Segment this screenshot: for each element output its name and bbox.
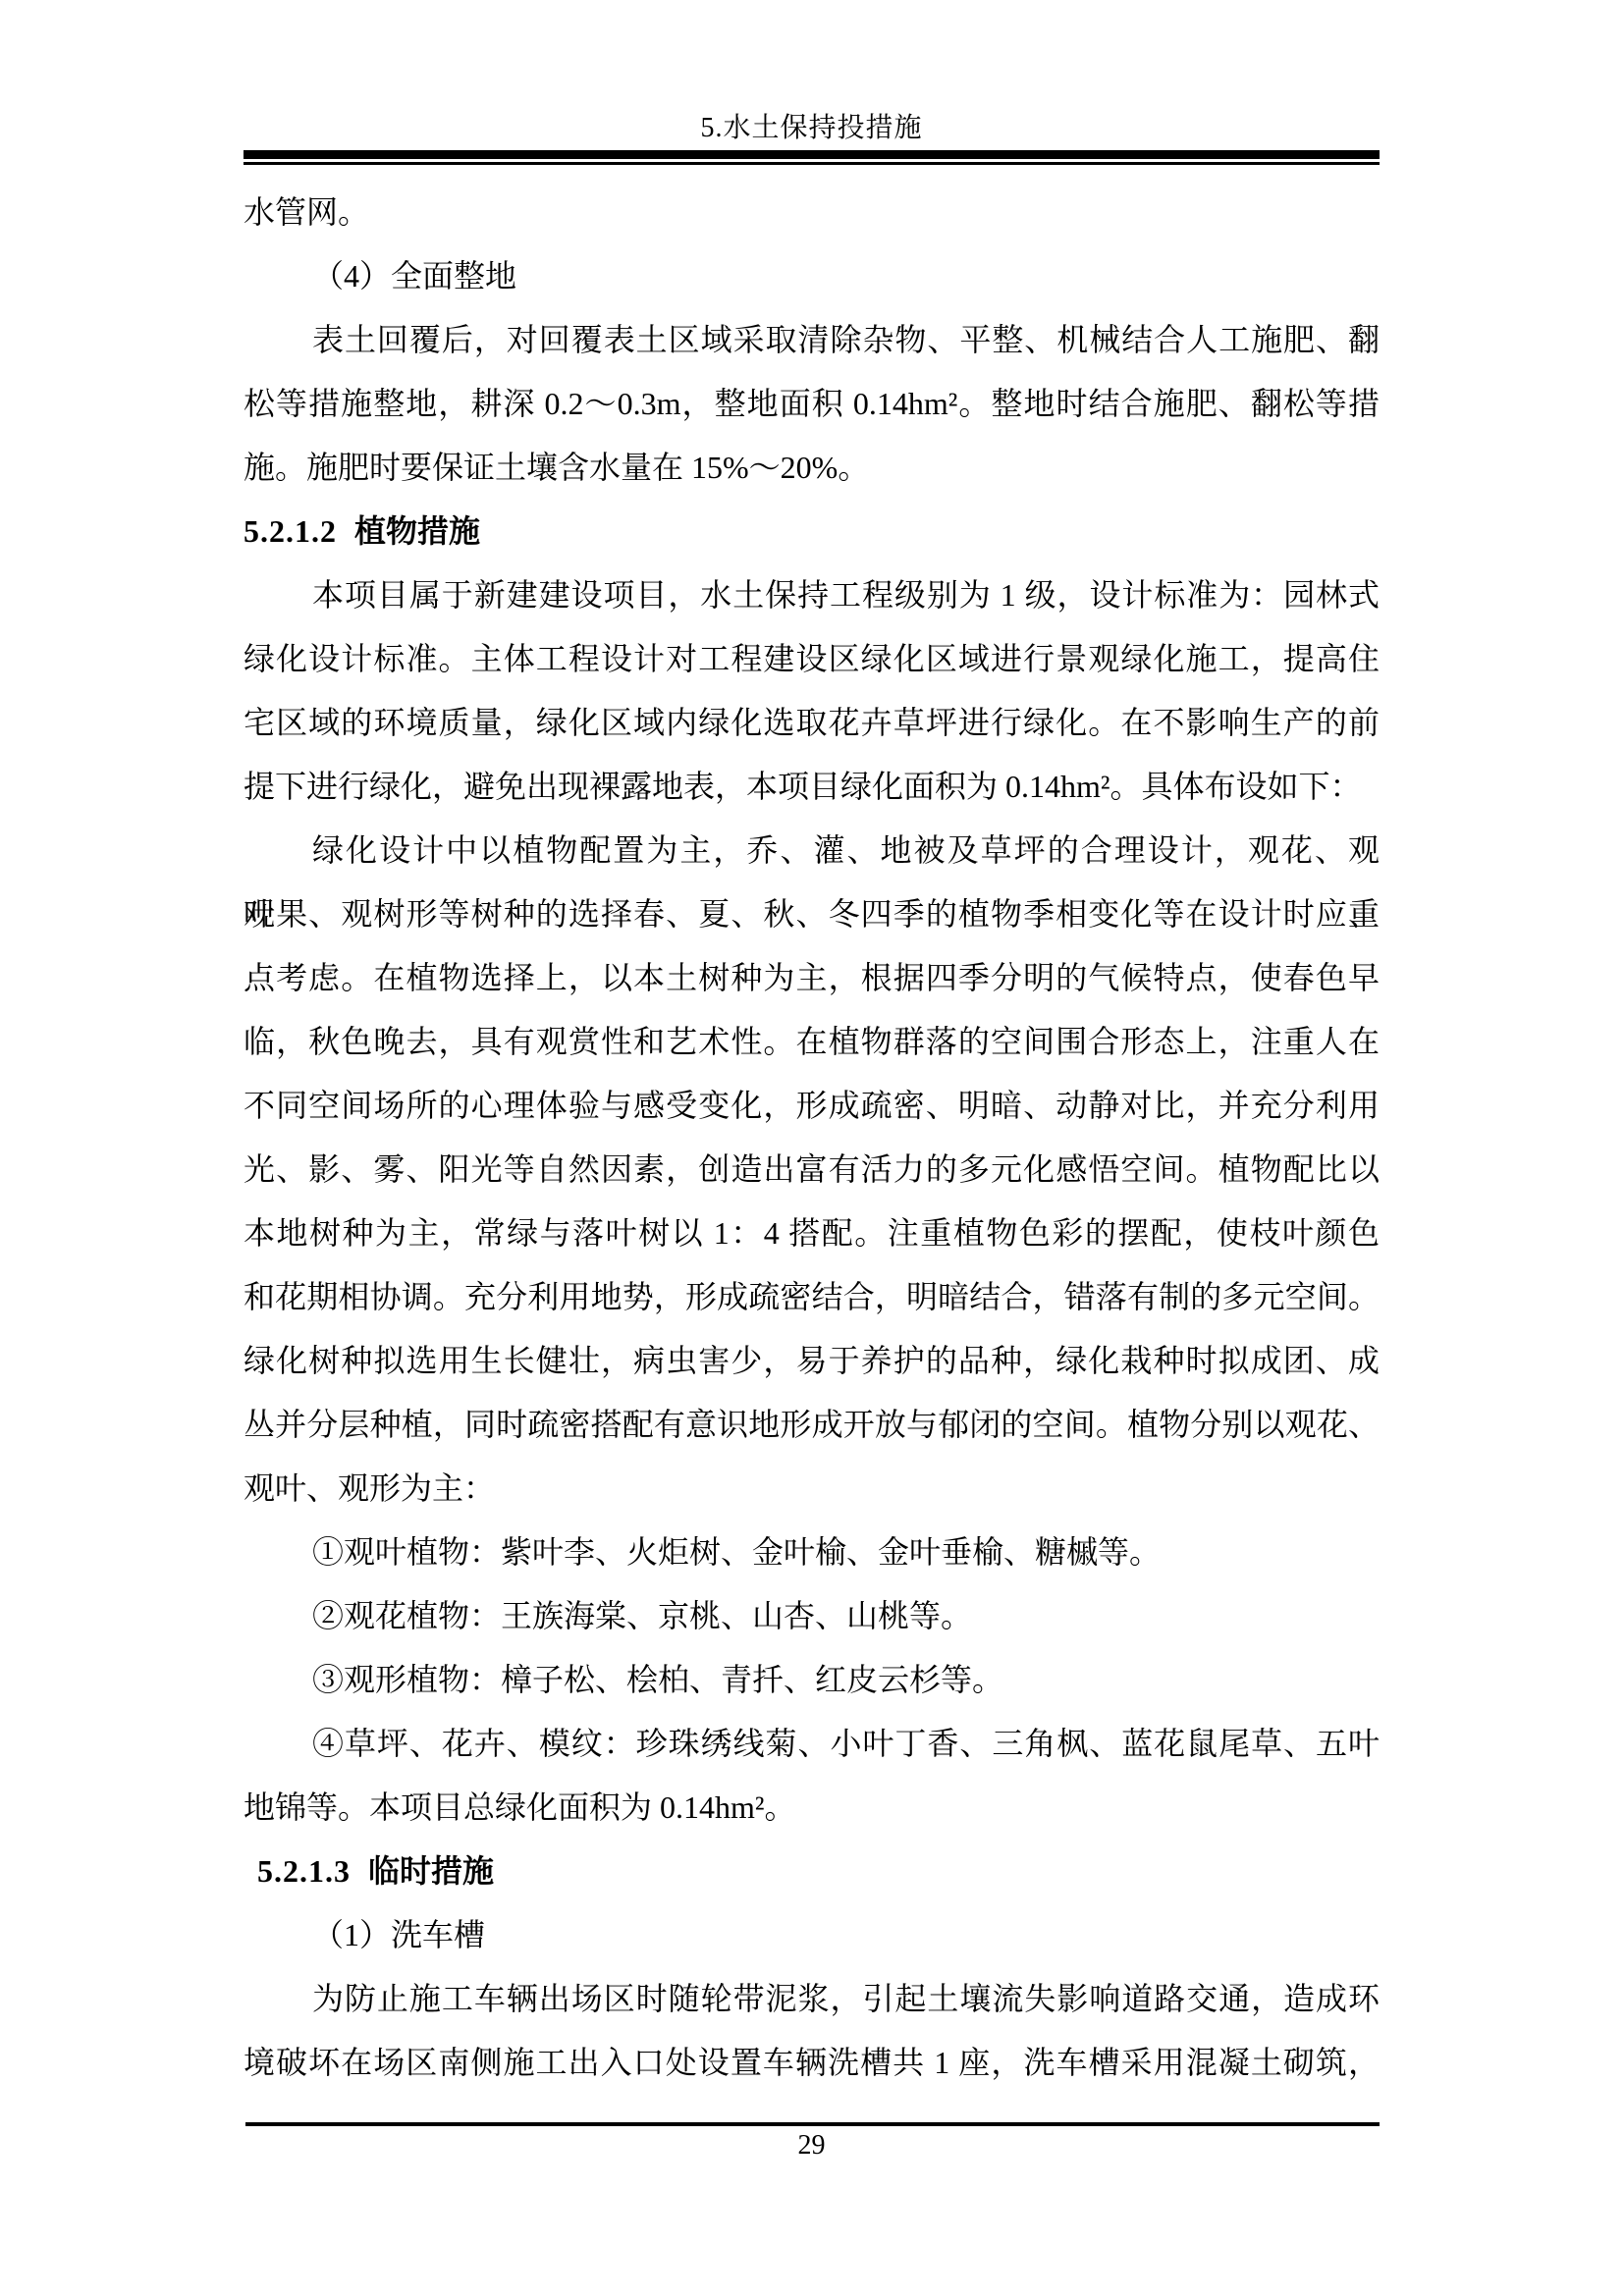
text-line: ④草坪、花卉、模纹：珍珠绣线菊、小叶丁香、三角枫、蓝花鼠尾草、五叶: [244, 1712, 1380, 1776]
text-line: 施。施肥时要保证土壤含水量在 15%～20%。: [244, 436, 1380, 500]
text-line: 境破坏在场区南侧施工出入口处设置车辆洗槽共 1 座，洗车槽采用混凝土砌筑，: [244, 2031, 1380, 2095]
text-line: 丛并分层种植，同时疏密搭配有意识地形成开放与郁闭的空间。植物分别以观花、: [244, 1393, 1380, 1457]
text-line: ②观花植物：王族海棠、京桃、山杏、山桃等。: [244, 1584, 1380, 1648]
heading-number: 5.2.1.2: [244, 513, 337, 549]
page-number: 29: [244, 2128, 1380, 2163]
text-line: 表土回覆后，对回覆表土区域采取清除杂物、平整、机械结合人工施肥、翻: [244, 308, 1380, 372]
document-page: 5.水土保持投措施 水管网。（4）全面整地表土回覆后，对回覆表土区域采取清除杂物…: [0, 0, 1624, 2296]
text-line: ③观形植物：樟子松、桧柏、青扦、红皮云杉等。: [244, 1648, 1380, 1712]
text-line: 临，秋色晚去，具有观赏性和艺术性。在植物群落的空间围合形态上，注重人在: [244, 1010, 1380, 1074]
text-line: （1）洗车槽: [244, 1903, 1380, 1967]
section-heading: 5.2.1.3临时措施: [244, 1840, 1380, 1903]
header-rule-thick: [244, 150, 1380, 159]
footer-rule: [245, 2122, 1380, 2126]
text-line: 提下进行绿化，避免出现裸露地表，本项目绿化面积为 0.14hm²。具体布设如下：: [244, 755, 1380, 819]
text-line: 观果、观树形等树种的选择春、夏、秋、冬四季的植物季相变化等在设计时应重: [244, 882, 1380, 946]
text-line: 绿化设计中以植物配置为主，乔、灌、地被及草坪的合理设计，观花、观叶、: [244, 819, 1380, 882]
header-chapter-title: 5.水土保持投措施: [244, 109, 1380, 148]
text-line: 为防止施工车辆出场区时随轮带泥浆，引起土壤流失影响道路交通，造成环: [244, 1967, 1380, 2031]
text-line: 绿化树种拟选用生长健壮，病虫害少，易于养护的品种，绿化栽种时拟成团、成: [244, 1329, 1380, 1393]
header-rule-thin: [244, 162, 1380, 165]
heading-number: 5.2.1.3: [257, 1853, 351, 1889]
text-line: 宅区域的环境质量，绿化区域内绿化选取花卉草坪进行绿化。在不影响生产的前: [244, 691, 1380, 755]
text-line: 水管网。: [244, 181, 1380, 244]
text-line: 本地树种为主，常绿与落叶树以 1：4 搭配。注重植物色彩的摆配，使枝叶颜色: [244, 1201, 1380, 1265]
text-line: （4）全面整地: [244, 244, 1380, 308]
text-line: 地锦等。本项目总绿化面积为 0.14hm²。: [244, 1776, 1380, 1840]
heading-title: 植物措施: [354, 513, 480, 549]
text-line: 不同空间场所的心理体验与感受变化，形成疏密、明暗、动静对比，并充分利用: [244, 1074, 1380, 1138]
heading-title: 临时措施: [368, 1853, 494, 1889]
section-heading: 5.2.1.2植物措施: [244, 500, 1380, 563]
document-body: 水管网。（4）全面整地表土回覆后，对回覆表土区域采取清除杂物、平整、机械结合人工…: [244, 181, 1380, 2095]
text-line: 松等措施整地，耕深 0.2～0.3m，整地面积 0.14hm²。整地时结合施肥、…: [244, 372, 1380, 436]
text-line: 点考虑。在植物选择上，以本土树种为主，根据四季分明的气候特点，使春色早: [244, 946, 1380, 1010]
text-line: 光、影、雾、阳光等自然因素，创造出富有活力的多元化感悟空间。植物配比以: [244, 1138, 1380, 1201]
text-line: 本项目属于新建建设项目，水土保持工程级别为 1 级，设计标准为：园林式: [244, 563, 1380, 627]
text-line: 和花期相协调。充分利用地势，形成疏密结合，明暗结合，错落有制的多元空间。: [244, 1265, 1380, 1329]
text-line: 绿化设计标准。主体工程设计对工程建设区绿化区域进行景观绿化施工，提高住: [244, 627, 1380, 691]
text-line: 观叶、观形为主：: [244, 1457, 1380, 1521]
text-line: ①观叶植物：紫叶李、火炬树、金叶榆、金叶垂榆、糖槭等。: [244, 1521, 1380, 1584]
